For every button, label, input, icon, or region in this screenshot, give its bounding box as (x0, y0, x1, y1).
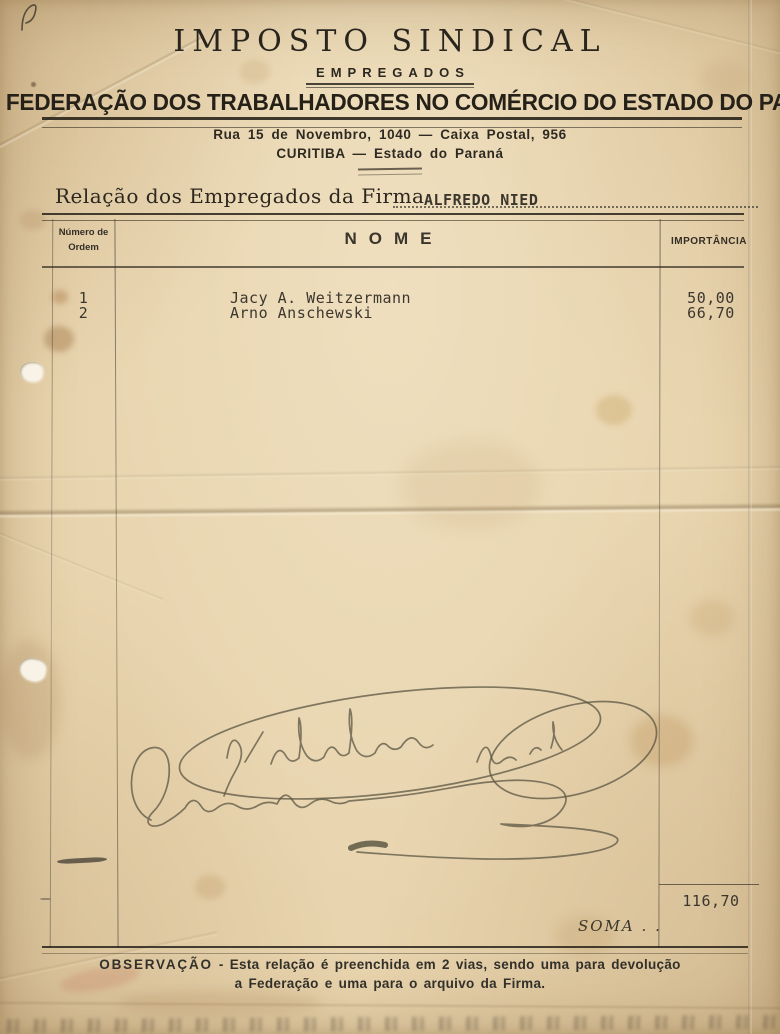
observation-label: OBSERVAÇÃO (99, 957, 213, 972)
fold-crease (0, 464, 780, 481)
row-employee-name: Arno Anschewski (230, 304, 373, 322)
pencil-smudge (57, 857, 107, 865)
document-subtitle-row: EMPREGADOS (0, 64, 780, 85)
fold-crease (0, 1000, 780, 1010)
firm-label: Relação dos Empregados da Firma (55, 184, 424, 208)
paper-stain (400, 440, 540, 530)
federation-name: FEDERAÇÃO DOS TRABALHADORES NO COMÉRCIO … (6, 89, 774, 116)
table-header-bottom-rule (42, 266, 744, 268)
table-left-border (50, 219, 54, 948)
row-amount: 66,70 (661, 304, 761, 322)
signature-legible-text: p/ Alfredo Nied (0, 0, 1, 1)
total-amount: 116,70 (661, 892, 761, 910)
observation-line2: a Federação e uma para o arquivo da Firm… (0, 976, 780, 991)
column-header-order-line1: Número de (50, 225, 117, 240)
divider-ornament (358, 167, 422, 175)
observation-text: - Esta relação é preenchida em 2 vias, s… (219, 957, 681, 972)
ink-bleed-through (0, 1015, 780, 1033)
paper-stain (596, 395, 632, 425)
table-bottom-rule (42, 946, 748, 954)
address-line: Rua 15 de Novembro, 1040 — Caixa Postal,… (0, 127, 780, 142)
punch-hole (20, 362, 43, 382)
paper-stain (120, 990, 320, 1016)
paper-stain (44, 326, 74, 352)
fold-crease (0, 523, 164, 603)
column-header-name: NOME (117, 229, 659, 249)
paper-stain (195, 875, 225, 899)
firm-name-value: ALFREDO NIED (424, 191, 538, 209)
observation-line1: OBSERVAÇÃO - Esta relação é preenchida e… (0, 957, 780, 972)
punch-hole (17, 655, 48, 683)
document-sheet: IMPOSTO SINDICAL EMPREGADOS FEDERAÇÃO DO… (0, 0, 780, 1034)
soma-label: SOMA . . (578, 917, 662, 935)
column-header-order: Número de Ordem (50, 225, 117, 255)
total-box-top-rule (659, 884, 759, 885)
signature-strokes (105, 662, 675, 877)
paper-stain (690, 600, 734, 636)
row-order-number: 2 (50, 304, 117, 322)
document-title: IMPOSTO SINDICAL (0, 24, 780, 59)
column-header-amount: IMPORTÂNCIA (659, 236, 759, 247)
pencil-smudge (40, 898, 51, 900)
table-top-rule (42, 213, 744, 221)
document-subtitle: EMPREGADOS (306, 65, 474, 85)
column-header-order-line2: Ordem (50, 240, 117, 255)
city-line: CURITIBA — Estado do Paraná (0, 146, 780, 161)
